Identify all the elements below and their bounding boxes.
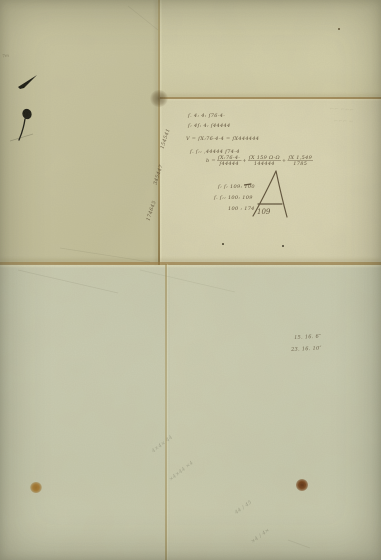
- paper-speck: [282, 245, 284, 247]
- calc-line-3: V = ſX:76-4-4 = ſX444444: [186, 136, 259, 142]
- fold-crease-horizontal-upper: [160, 97, 381, 99]
- calc-line-6: ſ: ſ: 109: 100: [218, 184, 255, 190]
- fold-crease-vertical-bottom: [165, 264, 167, 560]
- crease-intersection-smudge: [150, 90, 168, 107]
- plus-sign: +: [282, 158, 286, 164]
- paper-speck: [222, 243, 224, 245]
- ghost-writing: ⌐⌐⌐ ⌐: [334, 118, 354, 125]
- calc-line-4: ſ. ſ:: ,44444 ſ74-4: [190, 149, 240, 155]
- paper-speck: [338, 28, 340, 30]
- stain-spot-left: [30, 482, 42, 493]
- paper-panel-top-right: [160, 0, 381, 99]
- corner-note: 7m: [2, 53, 10, 58]
- paper-sheen: [170, 264, 381, 560]
- fraction-3-denominator: 1785: [287, 161, 313, 167]
- paper-panel-top-left: [0, 0, 160, 264]
- margin-numerals: 174645 345447 154541: [146, 220, 188, 250]
- plus-sign: +: [242, 158, 246, 164]
- calc-line5-prefix: b =: [206, 158, 216, 164]
- fraction-2-denominator: 144444: [248, 161, 281, 167]
- fraction-2: ſX 159 Ω-Ω 144444: [248, 155, 281, 167]
- calc-line-8: 100 : 174: [228, 206, 255, 212]
- calc-line-5: b = ſX:76-4- ſ44444 + ſX 159 Ω-Ω 144444 …: [206, 155, 314, 167]
- fold-crease-horizontal-main: [0, 262, 381, 265]
- stain-spot-right: [296, 479, 308, 491]
- fraction-3: ſX 1,549 1785: [287, 155, 313, 167]
- manuscript-photo: 7m ſ. 4: 4: ſ76-4- ſ: 4ſ: 4: ſ44444 V = …: [0, 0, 381, 560]
- fraction-1: ſX:76-4- ſ44444: [217, 155, 241, 167]
- calc-line-1: ſ. 4: 4: ſ76-4-: [188, 113, 225, 119]
- calc-line-7: ſ. ſ:: 100: 109: [214, 195, 253, 201]
- calc-line-2: ſ: 4ſ: 4: ſ44444: [188, 123, 230, 129]
- fraction-1-denominator: ſ44444: [217, 161, 241, 167]
